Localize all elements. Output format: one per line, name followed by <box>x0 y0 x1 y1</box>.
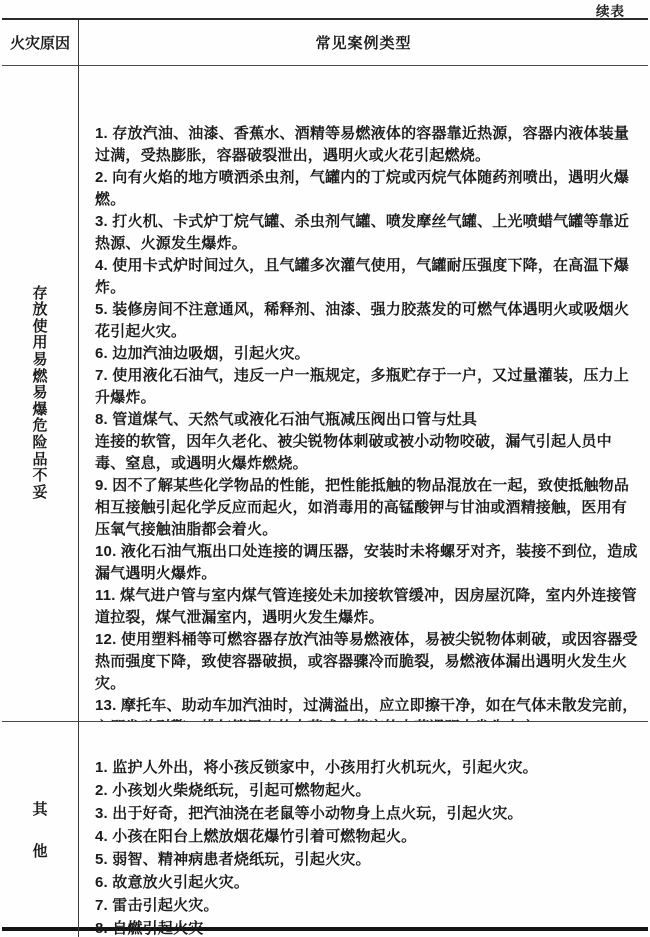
table-header-row: 火灾原因 常见案例类型 <box>2 20 648 66</box>
case-item: 2. 向有火焰的地方喷洒杀虫剂，气罐内的丁烷或丙烷气体随药剂喷出，遇明火爆燃。 <box>95 167 640 211</box>
case-item: 11. 煤气进户管与室内煤气管连接处未加接软管缓冲，因房屋沉降，室内外连接管道拉… <box>95 585 640 629</box>
cause-label-flammables: 存放使用易燃易爆危险品不妥 <box>32 286 49 502</box>
case-item: 6. 故意放火引起火灾。 <box>95 871 640 894</box>
case-item: 5. 弱智、精神病患者烧纸玩，引起火灾。 <box>95 848 640 871</box>
cases-cell-flammables: 1. 存放汽油、油漆、香蕉水、酒精等易燃液体的容器靠近热源，容器内液体装量过满，… <box>79 66 648 721</box>
case-item: 4. 小孩在阳台上燃放烟花爆竹引着可燃物起火。 <box>95 825 640 848</box>
case-item: 1. 监护人外出，将小孩反锁家中，小孩用打火机玩火，引起火灾。 <box>95 756 640 779</box>
case-item: 7. 雷击引起火灾。 <box>95 894 640 917</box>
case-item: 13. 摩托车、助动车加汽油时，过满溢出，应立即擦干净，如在气体未散发完前，立即… <box>95 695 640 721</box>
scanned-page: 续表 火灾原因 常见案例类型 存放使用易燃易爆危险品不妥 1. 存放汽油、油漆、… <box>0 0 650 937</box>
header-cell-fire-cause: 火灾原因 <box>2 20 79 65</box>
continued-table-label: 续表 <box>596 0 625 20</box>
header-cell-case-types: 常见案例类型 <box>79 20 648 65</box>
case-item: 3. 打火机、卡式炉丁烷气罐、杀虫剂气罐、喷发摩丝气罐、上光喷蜡气罐等靠近热源、… <box>95 211 640 255</box>
table-row-other: 其他 1. 监护人外出，将小孩反锁家中，小孩用打火机玩火，引起火灾。 2. 小孩… <box>2 722 648 937</box>
case-item: 6. 边加汽油边吸烟，引起火灾。 <box>95 343 640 365</box>
cause-cell-other: 其他 <box>2 722 79 937</box>
case-item: 1. 存放汽油、油漆、香蕉水、酒精等易燃液体的容器靠近热源，容器内液体装量过满，… <box>95 123 640 167</box>
cases-cell-other: 1. 监护人外出，将小孩反锁家中，小孩用打火机玩火，引起火灾。 2. 小孩划火柴… <box>79 722 648 937</box>
case-item: 9. 因不了解某些化学物品的性能，把性能抵触的物品混放在一起，致使抵触物品相互接… <box>95 475 640 541</box>
cause-cell-flammables: 存放使用易燃易爆危险品不妥 <box>2 66 79 721</box>
case-item: 8. 自燃引起火灾 <box>95 917 640 937</box>
case-item: 4. 使用卡式炉时间过久，且气罐多次灌气使用，气罐耐压强度下降，在高温下爆炸。 <box>95 255 640 299</box>
case-item: 5. 装修房间不注意通风，稀释剂、油漆、强力胶蒸发的可燃气体遇明火或吸烟火花引起… <box>95 299 640 343</box>
case-item: 3. 出于好奇，把汽油浇在老鼠等小动物身上点火玩，引起火灾。 <box>95 802 640 825</box>
case-item: 2. 小孩划火柴烧纸玩，引起可燃物起火。 <box>95 779 640 802</box>
fire-cause-table: 火灾原因 常见案例类型 存放使用易燃易爆危险品不妥 1. 存放汽油、油漆、香蕉水… <box>2 18 648 931</box>
case-item: 7. 使用液化石油气，违反一户一瓶规定，多瓶贮存于一户，又过量灌装，压力上升爆炸… <box>95 365 640 409</box>
case-item: 10. 液化石油气瓶出口处连接的调压器，安装时未将螺牙对齐，装接不到位，造成漏气… <box>95 541 640 585</box>
table-row-flammables: 存放使用易燃易爆危险品不妥 1. 存放汽油、油漆、香蕉水、酒精等易燃液体的容器靠… <box>2 66 648 722</box>
case-item: 8. 管道煤气、天然气或液化石油气瓶减压阀出口管与灶具 连接的软管，因年久老化、… <box>95 409 640 475</box>
cause-label-other: 其他 <box>32 789 49 873</box>
case-item: 12. 使用塑料桶等可燃容器存放汽油等易燃液体，易被尖锐物体刺破，或因容器受热而… <box>95 629 640 695</box>
